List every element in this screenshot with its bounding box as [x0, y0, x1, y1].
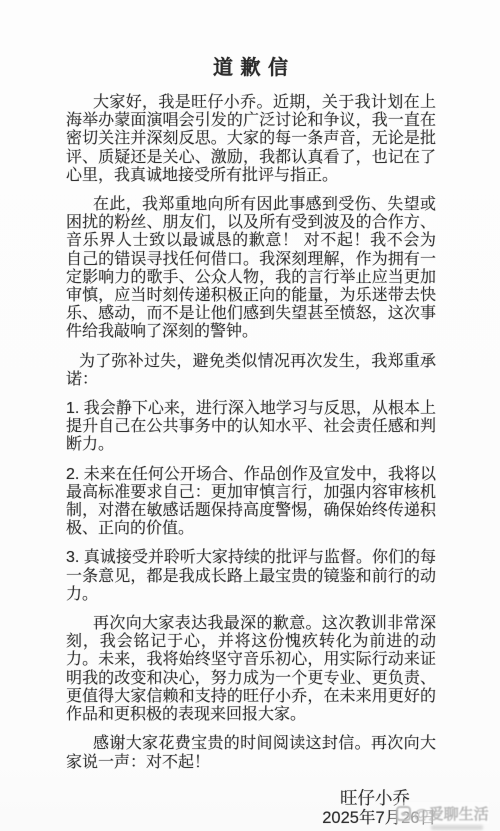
paragraph-opening: 大家好，我是旺仔小乔。近期，关于我计划在上海举办蒙面演唱会引发的广泛讨论和争议，… [66, 94, 436, 185]
paragraph-reflection: 再次向大家表达我最深的歉意。这次教训非常深刻，我会铭记于心，并将这份愧疚转化为前… [66, 615, 436, 724]
watermark-logo-icon [396, 806, 411, 821]
signature-name: 旺仔小乔 [66, 788, 436, 808]
promise-item-3: 3. 真诚接受并聆听大家持续的批评与监督。你们的每一条意见，都是我成长路上最宝贵… [66, 549, 436, 604]
watermark-text: @爱聊生活 [414, 803, 489, 824]
paragraph-promise-intro: 为了弥补过失，避免类似情况再次发生，我郑重承诺： [66, 353, 436, 389]
apology-letter-photo: 道 歉 信 大家好，我是旺仔小乔。近期，关于我计划在上海举办蒙面演唱会引发的广泛… [0, 0, 500, 831]
promise-item-1: 1. 我会静下心来，进行深入地学习与反思，从根本上提升自己在公共事务中的认知水平… [66, 400, 436, 455]
signature-date: 2025年7月26日 [66, 808, 436, 828]
watermark-fragment [431, 825, 483, 830]
letter-body: 道 歉 信 大家好，我是旺仔小乔。近期，关于我计划在上海举办蒙面演唱会引发的广泛… [66, 57, 436, 828]
signature-block: 旺仔小乔 2025年7月26日 [66, 788, 436, 828]
promise-item-2: 2. 未来在任何公开场合、作品创作及宣发中，我将以最高标准要求自己：更加审慎言行… [66, 466, 436, 539]
watermark: @爱聊生活 [396, 802, 489, 824]
letter-title: 道 歉 信 [66, 57, 436, 79]
paragraph-formal-apology: 在此，我郑重地向所有因此事感到受伤、失望或困扰的粉丝、朋友们，以及所有受到波及的… [66, 196, 436, 342]
paragraph-closing-thanks: 感谢大家花费宝贵的时间阅读这封信。再次向大家说一声：对不起！ [66, 735, 436, 771]
